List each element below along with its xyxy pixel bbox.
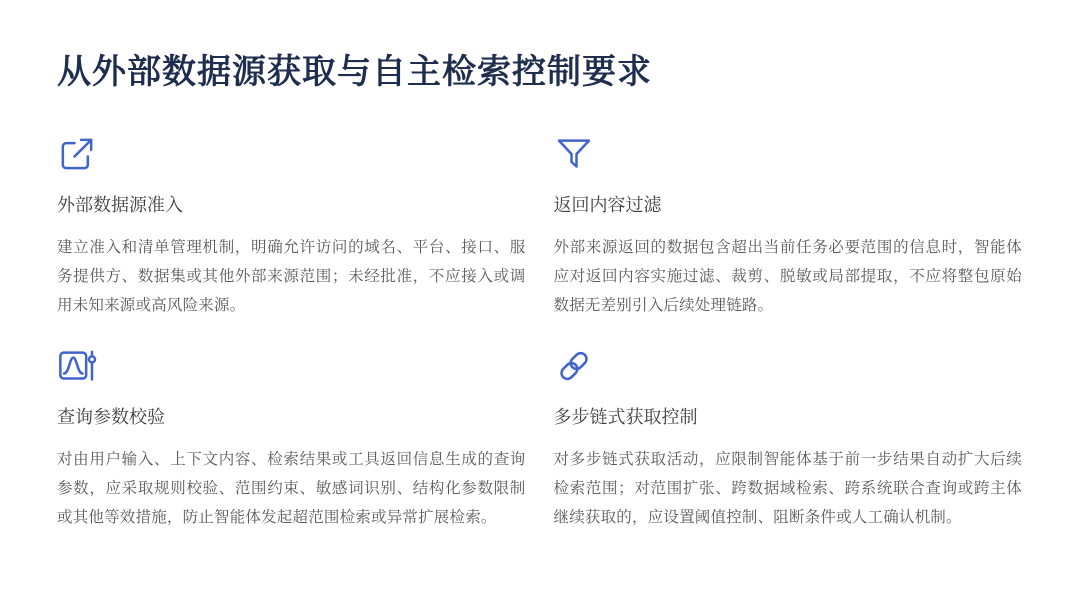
curve-slider-icon [57, 346, 97, 386]
slide: 从外部数据源获取与自主检索控制要求 外部数据源准入 建立准入和清单管理机制，明确… [0, 0, 1080, 608]
section-body: 对由用户输入、上下文内容、检索结果或工具返回信息生成的查询参数，应采取规则校验、… [57, 445, 526, 532]
funnel-icon [554, 134, 594, 174]
section-external-source-access: 外部数据源准入 建立准入和清单管理机制，明确允许访问的域名、平台、接口、服务提供… [57, 134, 526, 320]
section-multistep-chain-control: 多步链式获取控制 对多步链式获取活动，应限制智能体基于前一步结果自动扩大后续检索… [554, 346, 1023, 532]
section-heading: 外部数据源准入 [57, 194, 526, 216]
sections-grid: 外部数据源准入 建立准入和清单管理机制，明确允许访问的域名、平台、接口、服务提供… [57, 134, 1022, 532]
section-return-content-filter: 返回内容过滤 外部来源返回的数据包含超出当前任务必要范围的信息时，智能体应对返回… [554, 134, 1023, 320]
section-heading: 查询参数校验 [57, 406, 526, 428]
section-body: 对多步链式获取活动，应限制智能体基于前一步结果自动扩大后续检索范围；对范围扩张、… [554, 445, 1023, 532]
external-link-icon [57, 134, 97, 174]
page-title: 从外部数据源获取与自主检索控制要求 [57, 52, 1022, 92]
section-query-param-validation: 查询参数校验 对由用户输入、上下文内容、检索结果或工具返回信息生成的查询参数，应… [57, 346, 526, 532]
section-body: 建立准入和清单管理机制，明确允许访问的域名、平台、接口、服务提供方、数据集或其他… [57, 233, 526, 320]
section-heading: 多步链式获取控制 [554, 406, 1023, 428]
section-body: 外部来源返回的数据包含超出当前任务必要范围的信息时，智能体应对返回内容实施过滤、… [554, 233, 1023, 320]
link-icon [554, 346, 594, 386]
section-heading: 返回内容过滤 [554, 194, 1023, 216]
